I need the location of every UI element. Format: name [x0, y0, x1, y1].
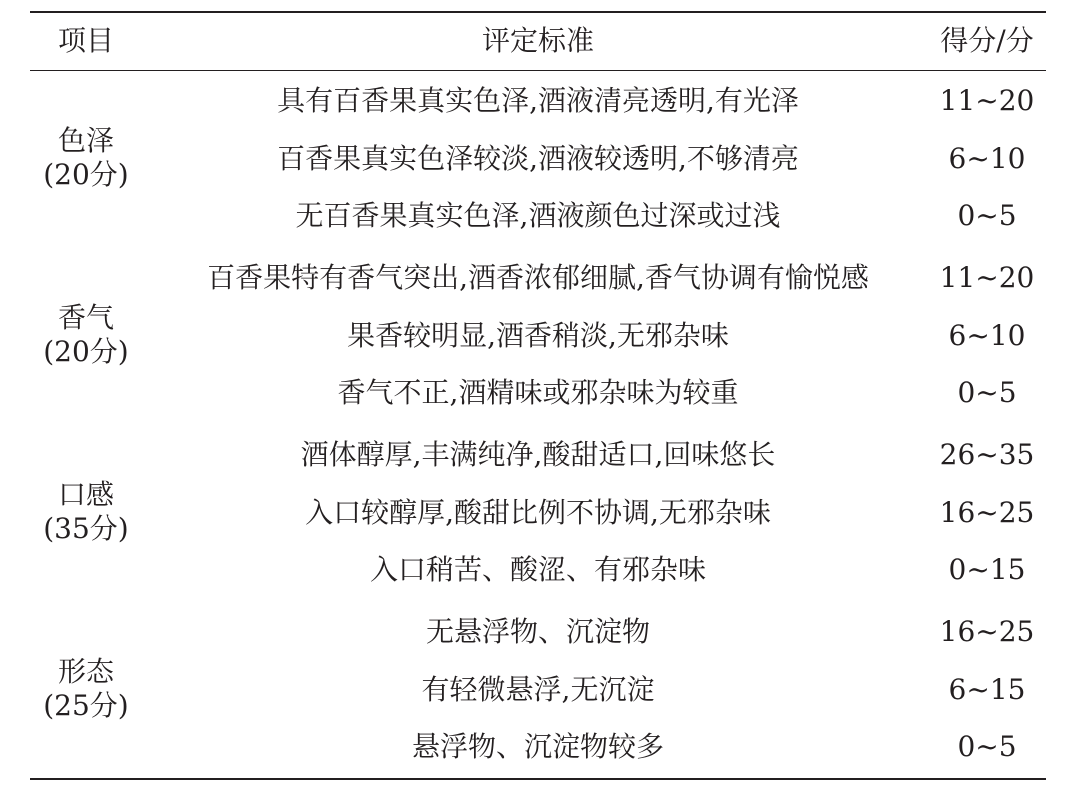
item-points: (25分) — [30, 689, 142, 723]
score: 11~20 — [928, 261, 1046, 295]
score: 0~15 — [928, 553, 1046, 587]
criterion: 入口较醇厚,酸甜比例不协调,无邪杂味 — [142, 496, 934, 530]
score: 16~25 — [928, 496, 1046, 530]
criterion: 酒体醇厚,丰满纯净,酸甜适口,回味悠长 — [142, 438, 934, 472]
header-item: 项目 — [30, 24, 142, 58]
score: 0~5 — [928, 730, 1046, 764]
score: 11~20 — [928, 84, 1046, 118]
item-points: (20分) — [30, 335, 142, 369]
bottom-rule — [30, 778, 1046, 780]
score: 16~25 — [928, 615, 1046, 649]
item-points: (35分) — [30, 512, 142, 546]
header-criterion: 评定标准 — [142, 24, 934, 58]
top-rule — [30, 11, 1046, 13]
criterion: 百香果真实色泽较淡,酒液较透明,不够清亮 — [142, 142, 934, 176]
score: 6~10 — [928, 142, 1046, 176]
score: 26~35 — [928, 438, 1046, 472]
item-points: (20分) — [30, 158, 142, 192]
criterion: 具有百香果真实色泽,酒液清亮透明,有光泽 — [142, 84, 934, 118]
criterion: 无百香果真实色泽,酒液颜色过深或过浅 — [142, 199, 934, 233]
item-form: 形态 (25分) — [30, 655, 142, 723]
criterion: 无悬浮物、沉淀物 — [142, 615, 934, 649]
score: 6~10 — [928, 319, 1046, 353]
item-name: 色泽 — [30, 124, 142, 158]
criterion: 有轻微悬浮,无沉淀 — [142, 673, 934, 707]
item-name: 香气 — [30, 301, 142, 335]
score: 0~5 — [928, 376, 1046, 410]
header-rule — [30, 70, 1046, 71]
criterion: 百香果特有香气突出,酒香浓郁细腻,香气协调有愉悦感 — [142, 261, 934, 295]
criterion: 果香较明显,酒香稍淡,无邪杂味 — [142, 319, 934, 353]
item-color: 色泽 (20分) — [30, 124, 142, 192]
criterion: 悬浮物、沉淀物较多 — [142, 730, 934, 764]
header-score: 得分/分 — [928, 24, 1046, 58]
score: 6~15 — [928, 673, 1046, 707]
score: 0~5 — [928, 199, 1046, 233]
item-taste: 口感 (35分) — [30, 478, 142, 546]
item-name: 口感 — [30, 478, 142, 512]
criterion: 香气不正,酒精味或邪杂味为较重 — [142, 376, 934, 410]
item-name: 形态 — [30, 655, 142, 689]
criterion: 入口稍苦、酸涩、有邪杂味 — [142, 553, 934, 587]
item-aroma: 香气 (20分) — [30, 301, 142, 369]
